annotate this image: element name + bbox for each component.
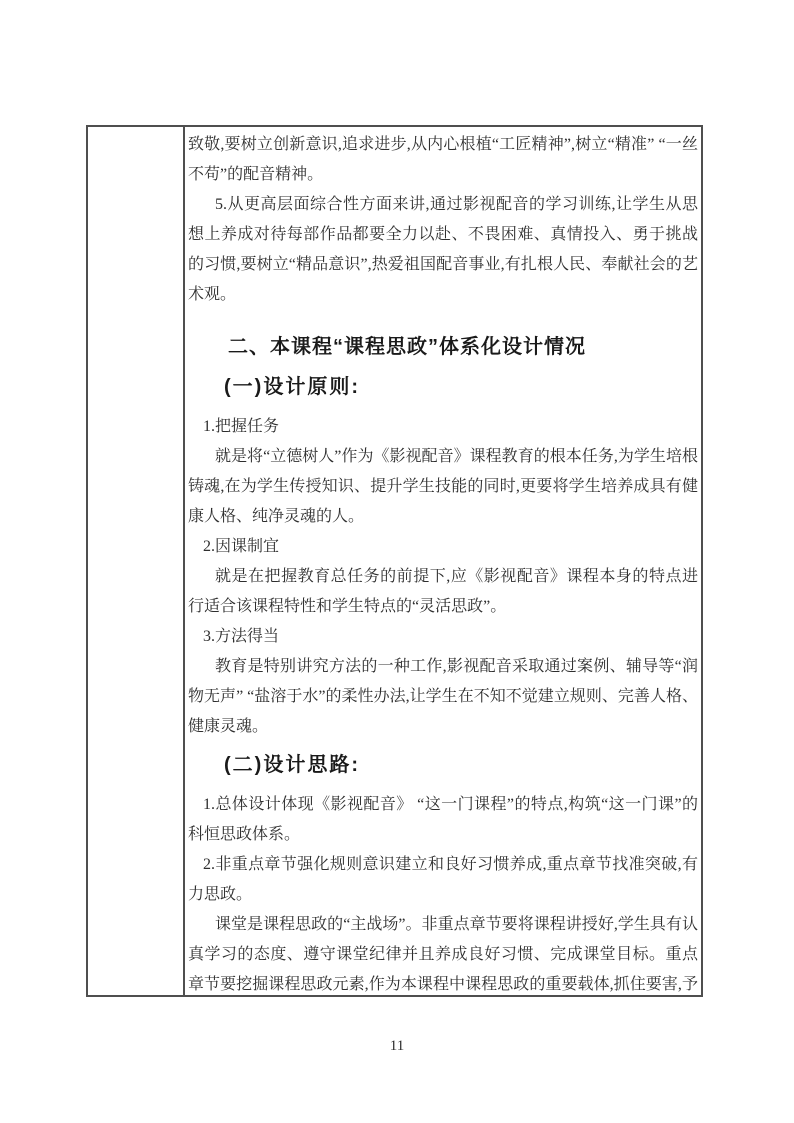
item-2-adapt-to-course: 2.因课制宜 (188, 532, 698, 562)
table-margin-cell (88, 127, 185, 995)
para-overall-design: 1.总体设计体现《影视配音》 “这一门课程”的特点,构筑“这一门课”的科恒思政体… (188, 790, 698, 850)
para-chapter-strategy: 2.非重点章节强化规则意识建立和良好习惯养成,重点章节找准突破,有力思政。 (188, 850, 698, 910)
para-adapt-to-course-detail: 就是在把握教育总任务的前提下,应《影视配音》课程本身的特点进行适合该课程特性和学… (188, 562, 698, 622)
table-content-cell: 致敬,要树立创新意识,追求进步,从内心根植“工匠精神”,树立“精准” “一丝不苟… (185, 127, 701, 995)
heading-design-approach: (二)设计思路: (188, 748, 698, 782)
para-proper-method-detail: 教育是特别讲究方法的一种工作,影视配音采取通过案例、辅导等“润物无声” “盐溶于… (188, 652, 698, 742)
item-3-proper-method: 3.方法得当 (188, 622, 698, 652)
item-1-grasp-task: 1.把握任务 (188, 412, 698, 442)
page-sheet: 致敬,要树立创新意识,追求进步,从内心根植“工匠精神”,树立“精准” “一丝不苟… (0, 0, 794, 1123)
heading-design-principles: (一)设计原则: (188, 370, 698, 404)
para-dubbing-spirit-continuation: 致敬,要树立创新意识,追求进步,从内心根植“工匠精神”,树立“精准” “一丝不苟… (188, 130, 698, 190)
heading-section-2-course-ideology-design: 二、本课程“课程思政”体系化设计情况 (188, 330, 698, 364)
para-item-5-higher-level: 5.从更高层面综合性方面来讲,通过影视配音的学习训练,让学生从思想上养成对待每部… (188, 190, 698, 310)
document-table: 致敬,要树立创新意识,追求进步,从内心根植“工匠精神”,树立“精准” “一丝不苟… (86, 125, 703, 997)
para-grasp-task-detail: 就是将“立德树人”作为《影视配音》课程教育的根本任务,为学生培根铸魂,在为学生传… (188, 442, 698, 532)
page-number: 11 (0, 1036, 794, 1056)
para-classroom-main-battlefield: 课堂是课程思政的“主战场”。非重点章节要将课程讲授好,学生具有认真学习的态度、遵… (188, 910, 698, 995)
